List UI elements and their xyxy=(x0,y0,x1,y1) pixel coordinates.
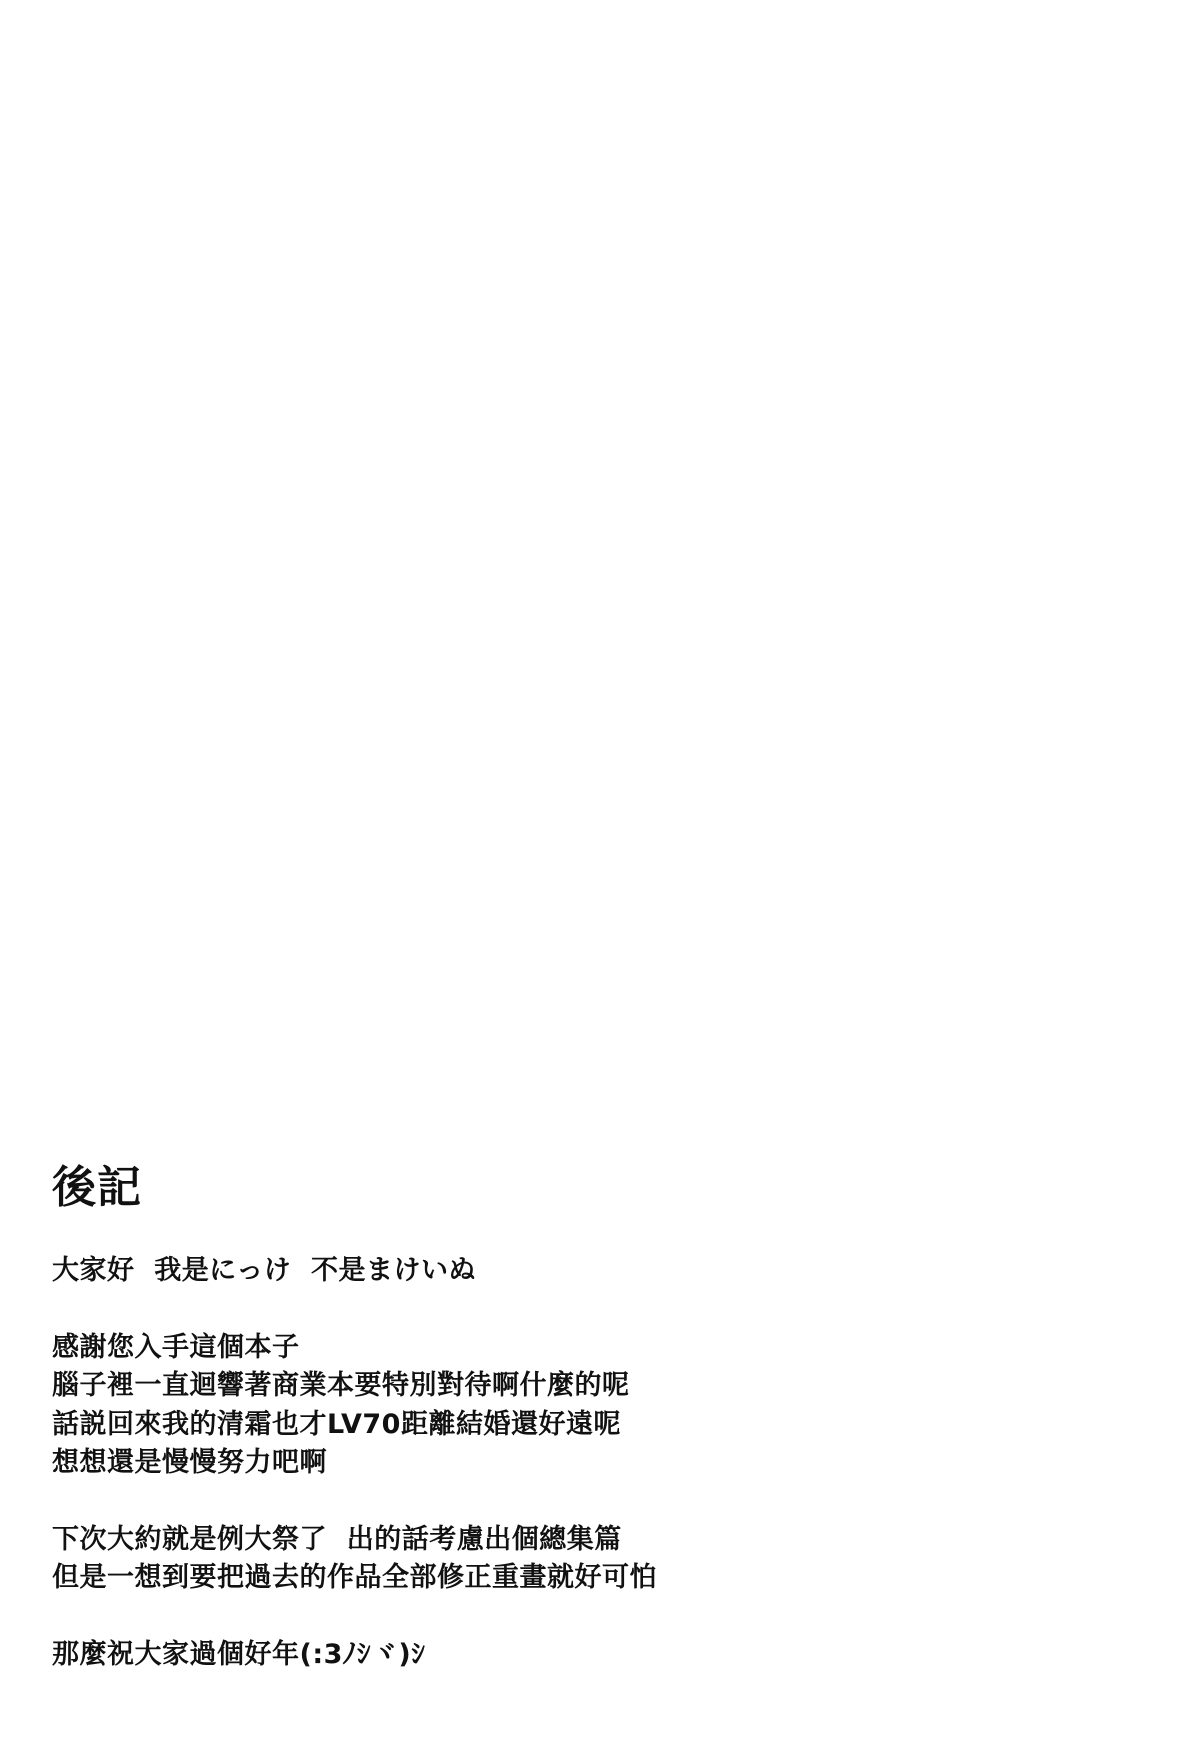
text-line: 下次大約就是例大祭了 出的話考慮出個總集篇 xyxy=(52,1521,657,1560)
text-line: 大家好 我是にっけ 不是まけいぬ xyxy=(52,1252,657,1291)
text-line: 感謝您入手這個本子 xyxy=(52,1329,657,1368)
text-line: 腦子裡一直迴響著商業本要特別對待啊什麼的呢 xyxy=(52,1367,657,1406)
afterword-title: 後記 xyxy=(52,1158,657,1218)
text-line: 想想還是慢慢努力吧啊 xyxy=(52,1444,657,1483)
next-event-paragraph: 下次大約就是例大祭了 出的話考慮出個總集篇 但是一想到要把過去的作品全部修正重畫… xyxy=(52,1521,657,1598)
text-line: 那麼祝大家過個好年(:3ﾉｼヾ)ｼ xyxy=(52,1636,657,1675)
text-line: 話説回來我的清霜也才LV70距離結婚還好遠呢 xyxy=(52,1406,657,1445)
greeting-paragraph: 大家好 我是にっけ 不是まけいぬ xyxy=(52,1252,657,1291)
closing-paragraph: 那麼祝大家過個好年(:3ﾉｼヾ)ｼ xyxy=(52,1636,657,1675)
afterword-page: 後記 大家好 我是にっけ 不是まけいぬ 感謝您入手這個本子 腦子裡一直迴響著商業… xyxy=(0,0,1200,1738)
thanks-paragraph: 感謝您入手這個本子 腦子裡一直迴響著商業本要特別對待啊什麼的呢 話説回來我的清霜… xyxy=(52,1329,657,1483)
afterword-section: 後記 大家好 我是にっけ 不是まけいぬ 感謝您入手這個本子 腦子裡一直迴響著商業… xyxy=(52,1158,657,1712)
text-line: 但是一想到要把過去的作品全部修正重畫就好可怕 xyxy=(52,1559,657,1598)
